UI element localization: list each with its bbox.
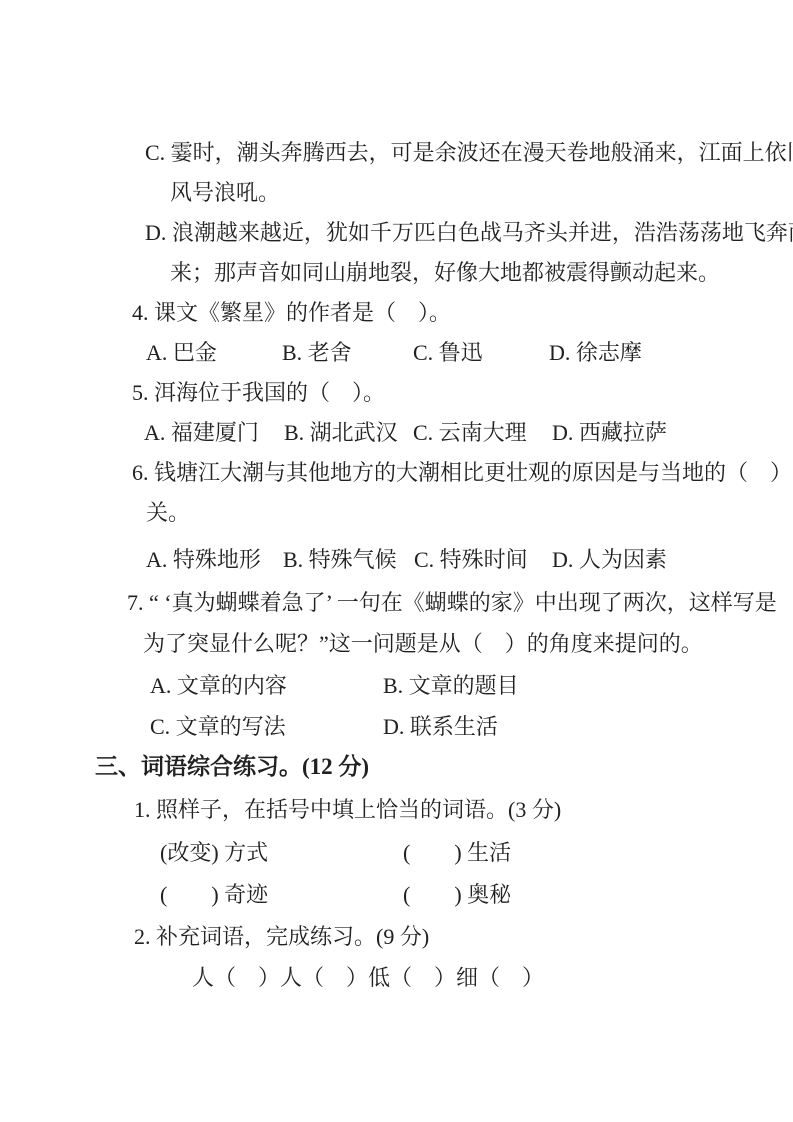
section-3-q2-stem: 2. 补充词语，完成练习。(9 分) [134,922,429,952]
question-4-option-a: A. 巴金 [146,338,217,368]
section-3-heading: 三、词语综合练习。(12 分) [95,752,369,782]
question-6-option-c: C. 特殊时间 [414,545,528,575]
question-7-stem-line2: 为了突显什么呢？”这一问题是从（ ）的角度来提问的。 [143,629,703,659]
worksheet-page: C. 霎时，潮头奔腾西去，可是余波还在漫天卷地般涌来，江面上依旧 风号浪吼。 D… [0,0,793,1122]
question-6-option-d: D. 人为因素 [552,545,667,575]
question-5-option-b: B. 湖北武汉 [284,418,398,448]
idiom-blank-left: 人（ ）人（ ） [192,963,368,993]
question-6-option-a: A. 特殊地形 [146,545,261,575]
question-7-option-b: B. 文章的题目 [383,671,519,701]
question-5-stem: 5. 洱海位于我国的（ ）。 [132,378,385,408]
question-5-option-d: D. 西藏拉萨 [552,418,667,448]
section-3-q1-stem: 1. 照样子，在括号中填上恰当的词语。(3 分) [134,795,561,825]
reading-option-d-line2: 来；那声音如同山崩地裂，好像大地都被震得颤动起来。 [170,258,720,288]
question-5-option-c: C. 云南大理 [413,418,527,448]
question-6-option-b: B. 特殊气候 [283,545,397,575]
question-5-option-a: A. 福建厦门 [144,418,259,448]
question-7-option-c: C. 文章的写法 [150,712,286,742]
question-4-option-c: C. 鲁迅 [413,338,483,368]
fill-blank-miracle: ( ) 奇迹 [160,880,268,910]
reading-option-c-line1: C. 霎时，潮头奔腾西去，可是余波还在漫天卷地般涌来，江面上依旧 [145,138,793,168]
question-4-stem: 4. 课文《繁星》的作者是（ ）。 [132,298,451,328]
question-6-stem-line2: 关。 [146,498,190,528]
fill-blank-life: ( ) 生活 [403,838,511,868]
question-6-stem-line1: 6. 钱塘江大潮与其他地方的大潮相比更壮观的原因是与当地的（ ）有 [132,458,793,488]
idiom-blank-right: 低（ ）细（ ） [368,963,544,993]
question-4-option-d: D. 徐志摩 [549,338,642,368]
fill-blank-example: (改变) 方式 [160,838,268,868]
question-7-stem-line1: 7. “ ‘真为蝴蝶着急了’ 一句在《蝴蝶的家》中出现了两次，这样写是 [127,588,777,618]
question-7-option-d: D. 联系生活 [383,712,498,742]
question-7-option-a: A. 文章的内容 [150,671,287,701]
question-4-option-b: B. 老舍 [282,338,352,368]
fill-blank-secret: ( ) 奥秘 [403,880,511,910]
reading-option-c-line2: 风号浪吼。 [170,178,280,208]
reading-option-d-line1: D. 浪潮越来越近，犹如千万匹白色战马齐头并进，浩浩荡荡地飞奔而 [145,218,793,248]
